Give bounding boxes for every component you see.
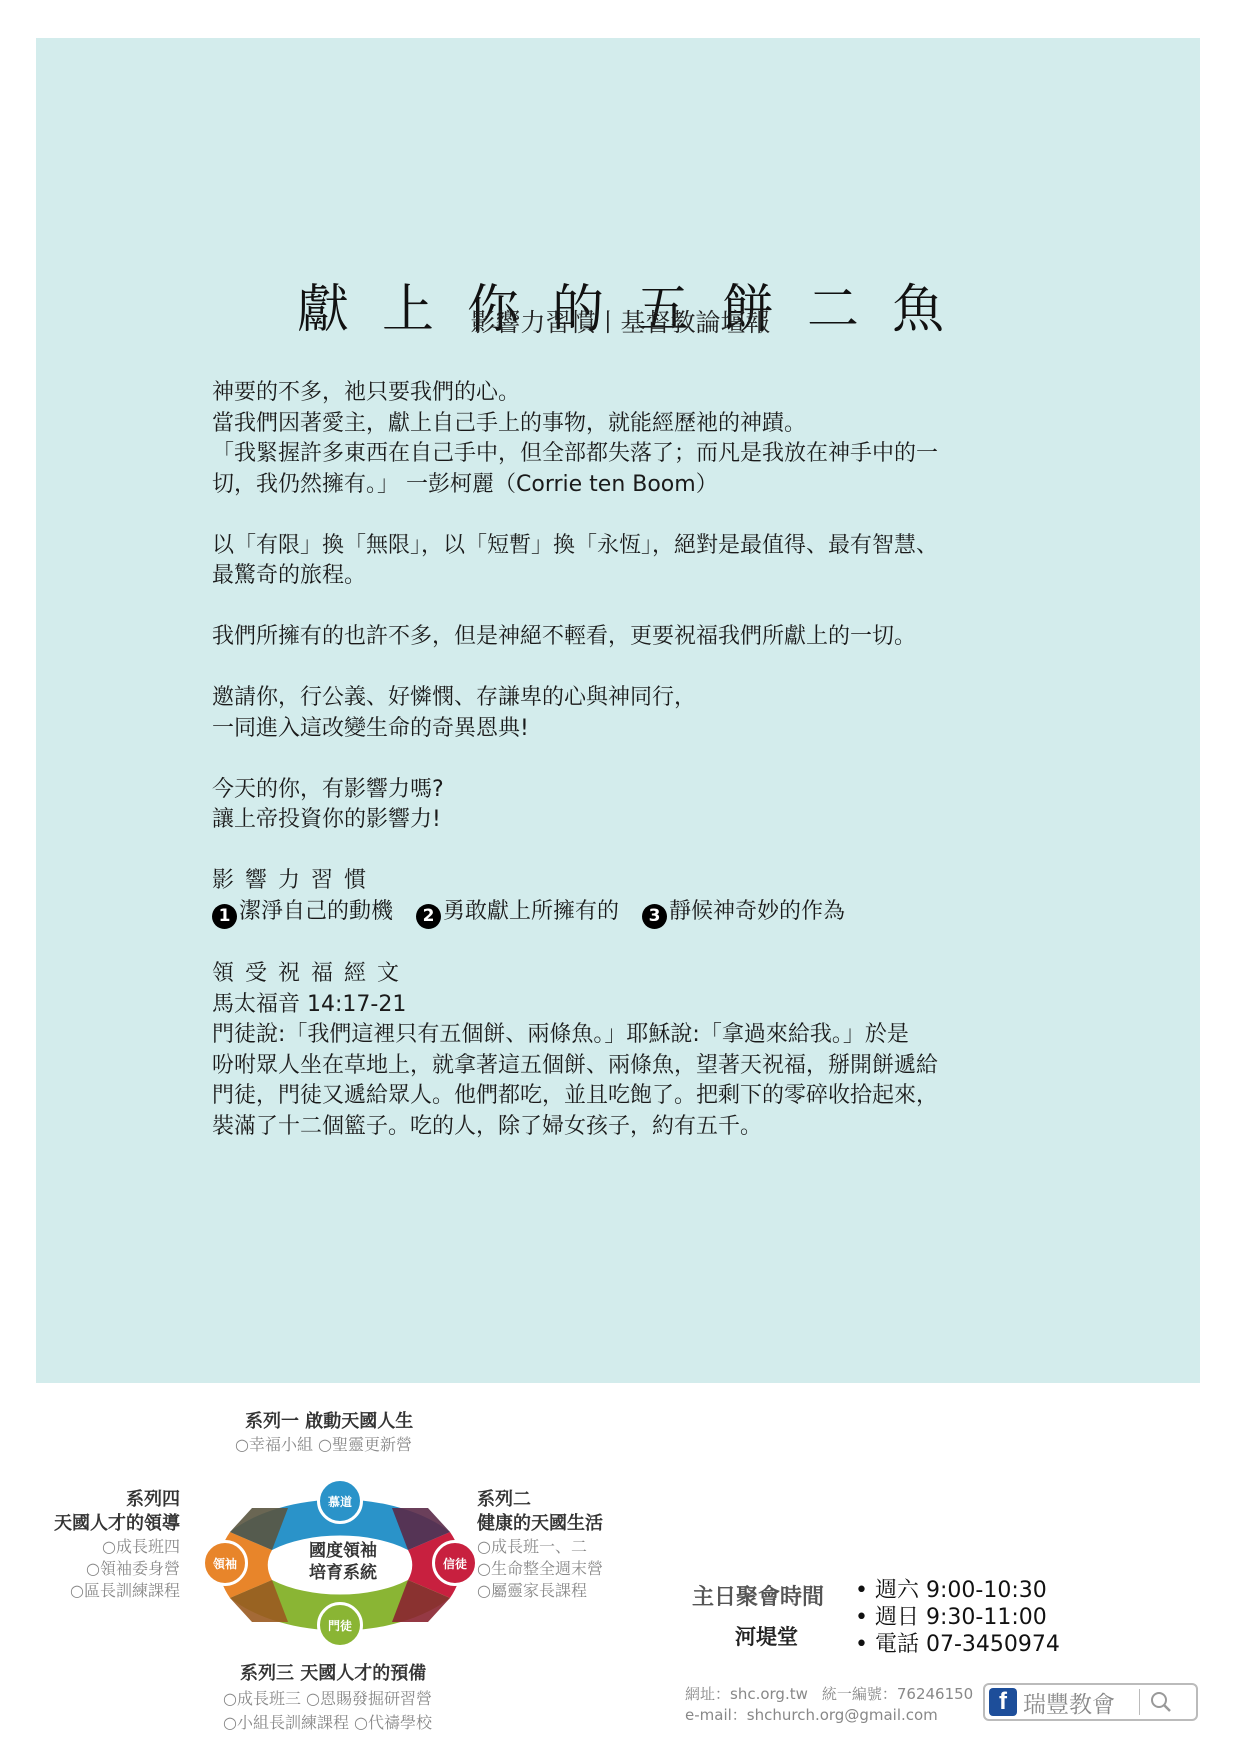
number-1-icon: 1: [212, 904, 237, 929]
series2-subtitle: 健康的天國生活: [477, 1512, 647, 1536]
habit-item: 潔淨自己的動機: [239, 899, 393, 924]
paragraph-line: 切，我仍然擁有。」 一彭柯麗（Corrie ten Boom）: [212, 470, 1062, 501]
search-icon[interactable]: [1150, 1691, 1172, 1713]
service-title: 主日聚會時間: [692, 1580, 824, 1611]
divider: [1139, 1689, 1140, 1715]
paragraph-line: 神要的不多，祂只要我們的心。: [212, 378, 1062, 409]
series4-item: ○成長班四: [40, 1536, 180, 1558]
series2-item: ○屬靈家長課程: [477, 1580, 647, 1602]
series2-title: 系列二: [477, 1488, 647, 1512]
series3-title: 系列三 天國人才的預備: [240, 1662, 426, 1686]
series4-item: ○領袖委身營: [40, 1558, 180, 1580]
paragraph-line: 讓上帝投資你的影響力!: [212, 805, 1062, 836]
node-believer: 信徒: [432, 1540, 478, 1586]
habit-item: 靜候神奇妙的作為: [669, 899, 845, 924]
series2-item: ○成長班一、二: [477, 1536, 647, 1558]
scripture-line: 門徒說:「我們這裡只有五個餅、兩條魚。」耶穌說:「拿過來給我。」於是: [212, 1020, 1062, 1051]
scripture-reference: 馬太福音 14:17-21: [212, 990, 1062, 1021]
facebook-page-name: 瑞豐教會: [1023, 1686, 1115, 1719]
service-location: 河堤堂: [735, 1621, 798, 1651]
series2-block: 系列二 健康的天國生活 ○成長班一、二 ○生命整全週末營 ○屬靈家長課程: [477, 1488, 647, 1602]
series2-item: ○生命整全週末營: [477, 1558, 647, 1580]
node-leader: 領袖: [202, 1540, 248, 1586]
paragraph-line: 一同進入這改變生命的奇異恩典!: [212, 714, 1062, 745]
contact-info: 網址：shc.org.tw統一編號：76246150 e-mail：shchur…: [685, 1684, 987, 1726]
node-seeker: 慕道: [317, 1478, 363, 1524]
service-phone: 電話 07-3450974: [855, 1631, 1060, 1658]
service-times: 週六 9:00-10:30 週日 9:30-11:00 電話 07-345097…: [855, 1577, 1060, 1658]
scripture-line: 門徒，門徒又遞給眾人。他們都吃，並且吃飽了。把剩下的零碎收拾起來，: [212, 1081, 1062, 1112]
paragraph-line: 「我緊握許多東西在自己手中，但全部都失落了；而凡是我放在神手中的一: [212, 439, 1062, 470]
email-link[interactable]: e-mail：shchurch.org@gmail.com: [685, 1705, 987, 1726]
facebook-search-box[interactable]: f 瑞豐教會: [983, 1683, 1198, 1721]
paragraph-line: 最驚奇的旅程。: [212, 561, 1062, 592]
series3-item: ○小組長訓練課程 ○代禱學校: [223, 1712, 432, 1734]
series1-title: 系列一 啟動天國人生: [245, 1410, 413, 1434]
series3-item: ○成長班三 ○恩賜發掘研習營: [223, 1688, 432, 1710]
paragraph-line: 當我們因著愛主，獻上自己手上的事物，就能經歷祂的神蹟。: [212, 409, 1062, 440]
tax-id: 統一編號：76246150: [822, 1685, 973, 1703]
number-3-icon: 3: [642, 904, 667, 929]
series4-item: ○區長訓練課程: [40, 1580, 180, 1602]
paragraph-line: 我們所擁有的也許不多，但是神絕不輕看，更要祝福我們所獻上的一切。: [212, 622, 1062, 653]
service-time-item: 週六 9:00-10:30: [855, 1577, 1060, 1604]
leadership-diagram: 系列一 啟動天國人生 ○幸福小組 ○聖靈更新營 系列四 天國人才的領導 ○成長班…: [40, 1410, 640, 1750]
diagram-center-label: 國度領袖 培育系統: [298, 1540, 388, 1584]
website-link[interactable]: 網址：shc.org.tw: [685, 1685, 808, 1703]
service-time-item: 週日 9:30-11:00: [855, 1604, 1060, 1631]
facebook-icon: f: [989, 1688, 1017, 1716]
habit-item: 勇敢獻上所擁有的: [443, 899, 619, 924]
article-body: 神要的不多，祂只要我們的心。 當我們因著愛主，獻上自己手上的事物，就能經歷祂的神…: [212, 378, 1062, 1142]
scripture-line: 裝滿了十二個籃子。吃的人，除了婦女孩子，約有五千。: [212, 1112, 1062, 1143]
series1-items: ○幸福小組 ○聖靈更新營: [235, 1434, 412, 1456]
scripture-line: 吩咐眾人坐在草地上，就拿著這五個餅、兩條魚，望著天祝福，掰開餅遞給: [212, 1051, 1062, 1082]
scripture-heading: 領受祝福經文: [212, 959, 1062, 990]
page-subtitle: 影響力習慣丨基督教論壇報: [0, 303, 1241, 339]
paragraph-line: 邀請你，行公義、好憐憫、存謙卑的心與神同行，: [212, 683, 1062, 714]
habits-list: 1潔淨自己的動機 2勇敢獻上所擁有的 3靜候神奇妙的作為: [212, 897, 1062, 929]
number-2-icon: 2: [416, 904, 441, 929]
paragraph-line: 今天的你，有影響力嗎?: [212, 775, 1062, 806]
series4-title: 系列四: [40, 1488, 180, 1512]
node-disciple: 門徒: [317, 1602, 363, 1648]
paragraph-line: 以「有限」換「無限」，以「短暫」換「永恆」，絕對是最值得、最有智慧、: [212, 531, 1062, 562]
series4-subtitle: 天國人才的領導: [40, 1512, 180, 1536]
habits-heading: 影響力習慣: [212, 866, 1062, 897]
series4-block: 系列四 天國人才的領導 ○成長班四 ○領袖委身營 ○區長訓練課程: [40, 1488, 180, 1602]
